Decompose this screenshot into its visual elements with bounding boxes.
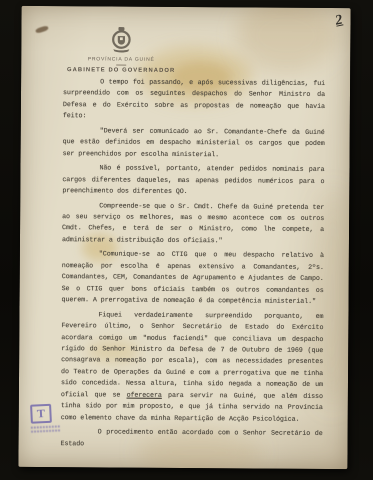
scanner-background: 2 PROVÍNCIA DA GUINÉ GABINETE DO GOVERNA… bbox=[0, 0, 373, 480]
paragraph: "Deverá ser comunicado ao Sr. Comandante… bbox=[63, 126, 325, 162]
paragraph-text: Fiquei verdadeiramente surpreendido porq… bbox=[61, 311, 324, 399]
letterhead: PROVÍNCIA DA GUINÉ GABINETE DO GOVERNADO… bbox=[61, 26, 181, 74]
document-paper: 2 PROVÍNCIA DA GUINÉ GABINETE DO GOVERNA… bbox=[18, 6, 350, 469]
paragraph: "Comunique-se ao CTIG que o meu despacho… bbox=[62, 249, 324, 308]
paragraph: O tempo foi passando, e após sucessivas … bbox=[63, 77, 325, 125]
letterhead-divider bbox=[116, 65, 126, 66]
paragraph: Não é possível, portanto, atender pedido… bbox=[62, 163, 324, 199]
archive-stamp: T bbox=[30, 403, 61, 434]
paragraph: O procedimento então acordado com o Senh… bbox=[61, 427, 323, 452]
stamp-small-text bbox=[31, 425, 61, 432]
underlined-word: oferecera bbox=[127, 391, 162, 399]
stamp-letter: T bbox=[30, 404, 52, 424]
letterhead-province: PROVÍNCIA DA GUINÉ bbox=[61, 56, 181, 63]
paragraph: Compreende-se que o Sr. Cmdt. Chefe da G… bbox=[62, 201, 324, 249]
coat-of-arms-icon bbox=[109, 26, 133, 52]
handwritten-page-number: 2 bbox=[334, 13, 344, 30]
letterhead-office: GABINETE DO GOVERNADOR bbox=[61, 67, 181, 74]
paragraph: Fiquei verdadeiramente surpreendido porq… bbox=[61, 310, 324, 426]
document-body: O tempo foi passando, e após sucessivas … bbox=[60, 77, 325, 455]
paper-stain bbox=[236, 6, 337, 73]
smudge-mark bbox=[35, 25, 49, 34]
